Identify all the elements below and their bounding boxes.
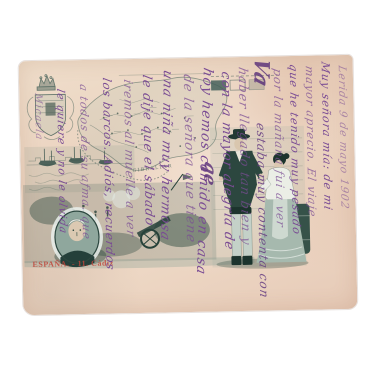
scan-background: GIBRALTAR xyxy=(0,0,378,378)
handwriting-flourish: qe xyxy=(199,159,220,225)
postcard: GIBRALTAR xyxy=(19,55,358,315)
